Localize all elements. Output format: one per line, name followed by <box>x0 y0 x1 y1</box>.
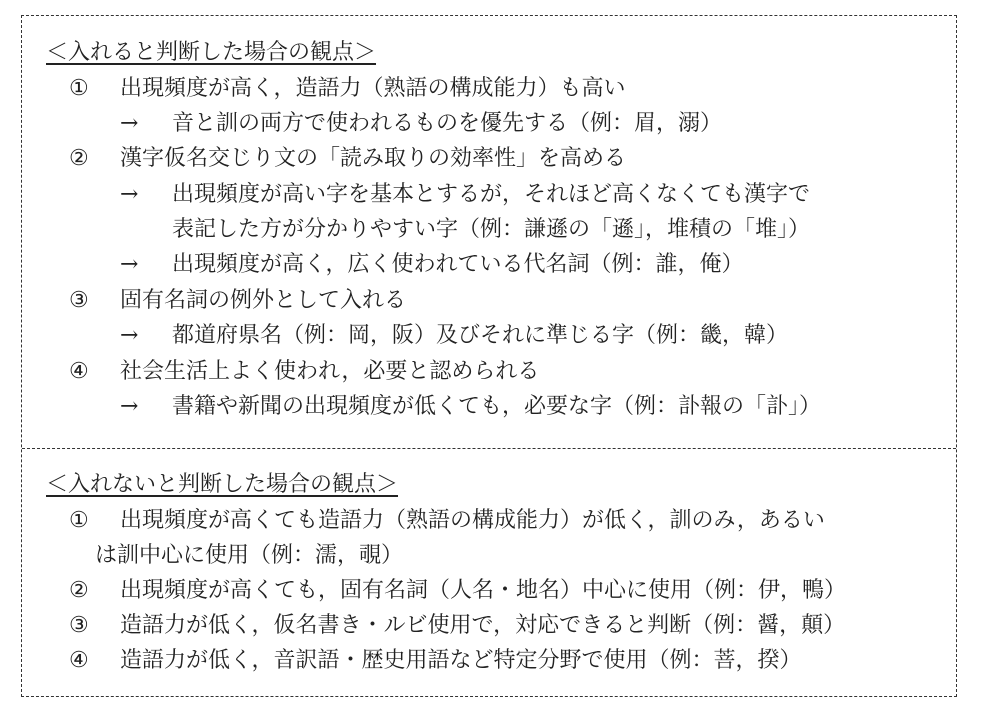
include-item-1-number: ① <box>69 74 89 104</box>
include-item-2-sub-1-line-1: 出現頻度が高い字を基本とするが，それほど高くなくても漢字で <box>172 180 810 210</box>
exclude-item-1-line-2: は訓中心に使用（例：濡，覗） <box>95 541 403 571</box>
include-item-4-number: ④ <box>69 357 89 387</box>
exclude-item-3-text: 造語力が低く，仮名書き・ルビ使用で，対応できると判断（例：醤，顛） <box>120 611 845 641</box>
include-item-2-text: 漢字仮名交じり文の「読み取りの効率性」を高める <box>120 144 626 174</box>
include-item-3-text: 固有名詞の例外として入れる <box>120 286 406 316</box>
exclude-item-1-number: ① <box>69 506 89 536</box>
arrow-icon: → <box>120 250 138 280</box>
arrow-icon: → <box>120 109 138 139</box>
include-item-1-sub-1: 音と訓の両方で使われるものを優先する（例：眉，溺） <box>172 109 722 139</box>
arrow-icon: → <box>120 392 138 422</box>
exclude-item-4-text: 造語力が低く，音訳語・歴史用語など特定分野で使用（例：菩，揆） <box>120 646 802 676</box>
arrow-icon: → <box>120 321 138 351</box>
include-item-2-sub-1-line-2: 表記した方が分かりやすい字（例：謙遜の「遜」，堆積の「堆」） <box>172 215 810 245</box>
exclude-item-3-number: ③ <box>69 611 89 641</box>
exclude-heading: ＜入れないと判断した場合の観点＞ <box>46 470 398 500</box>
include-item-4-sub-1: 書籍や新聞の出現頻度が低くても，必要な字（例：訃報の「訃」） <box>172 392 821 422</box>
include-item-4-text: 社会生活上よく使われ，必要と認められる <box>120 357 539 387</box>
include-heading: ＜入れると判断した場合の観点＞ <box>46 38 376 68</box>
include-section: ＜入れると判断した場合の観点＞ ① 出現頻度が高く，造語力（熟語の構成能力）も高… <box>22 16 956 449</box>
exclude-item-2-number: ② <box>69 576 89 606</box>
exclude-item-1-line-1: 出現頻度が高くても造語力（熟語の構成能力）が低く，訓のみ，あるい <box>120 506 825 536</box>
include-item-2-sub-2: 出現頻度が高く，広く使われている代名詞（例：誰，俺） <box>172 250 744 280</box>
exclude-item-2-text: 出現頻度が高くても，固有名詞（人名・地名）中心に使用（例：伊，鴨） <box>120 576 846 606</box>
include-item-3-number: ③ <box>69 286 89 316</box>
exclude-item-4-number: ④ <box>69 646 89 676</box>
include-item-2-number: ② <box>69 144 89 174</box>
include-item-1-text: 出現頻度が高く，造語力（熟語の構成能力）も高い <box>120 74 626 104</box>
arrow-icon: → <box>120 180 138 210</box>
include-item-3-sub-1: 都道府県名（例：岡，阪）及びそれに準じる字（例：畿，韓） <box>172 321 788 351</box>
criteria-box: ＜入れると判断した場合の観点＞ ① 出現頻度が高く，造語力（熟語の構成能力）も高… <box>21 15 957 697</box>
exclude-section: ＜入れないと判断した場合の観点＞ ① 出現頻度が高くても造語力（熟語の構成能力）… <box>22 448 956 696</box>
